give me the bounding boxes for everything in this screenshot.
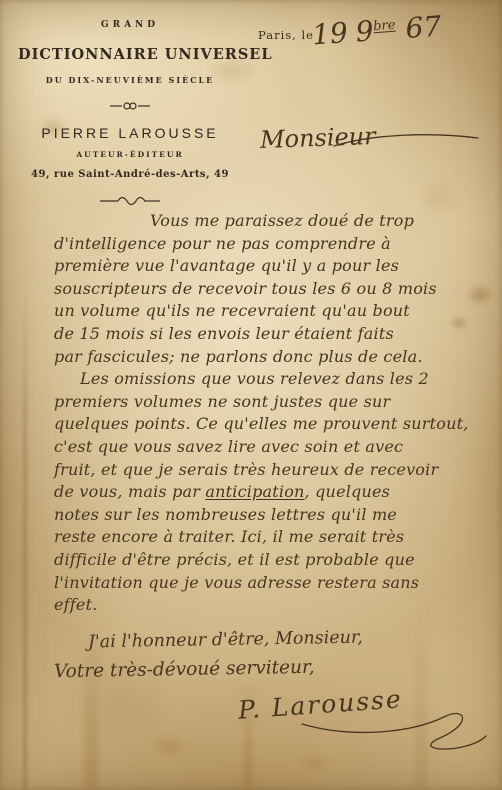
- body-line: effet.: [54, 594, 498, 617]
- paper-stain: [148, 733, 190, 759]
- paper-stain: [84, 636, 98, 790]
- body-line: de vous, mais par anticipation, quelques: [54, 481, 498, 504]
- body-line: Vous me paraissez doué de trop: [54, 210, 498, 233]
- date-day: 19: [311, 16, 349, 51]
- letterhead-address: 49, rue Saint-André-des-Arts, 49: [18, 169, 242, 180]
- closing-line: J'ai l'honneur d'être, Monsieur,: [88, 628, 363, 653]
- paper-stain: [56, 636, 176, 756]
- dateline-printed: Paris, le: [258, 28, 314, 42]
- body-line-segment: de vous, mais par: [54, 482, 205, 501]
- infinity-ornament-icon: [18, 96, 242, 115]
- body-line: reste encore à traiter. Ici, il me serai…: [54, 526, 498, 549]
- letter-body: Vous me paraissez doué de trop d'intelli…: [54, 210, 498, 617]
- letterhead: GRAND DICTIONNAIRE UNIVERSEL DU DIX-NEUV…: [18, 16, 242, 211]
- body-line: fruit, et que je serais très heureux de …: [54, 459, 498, 482]
- letterhead-role: AUTEUR-ÉDITEUR: [18, 150, 242, 159]
- paper-stain: [243, 676, 253, 790]
- fleuron-ornament-icon: [18, 192, 242, 211]
- body-line-segment: , quelques: [305, 482, 391, 501]
- letter-page: GRAND DICTIONNAIRE UNIVERSEL DU DIX-NEUV…: [0, 0, 502, 790]
- letterhead-grand: GRAND: [18, 20, 242, 30]
- body-line: difficile d'être précis, et il est proba…: [54, 549, 498, 572]
- body-line: l'invitation que je vous adresse restera…: [54, 572, 498, 595]
- body-line: par fascicules; ne parlons donc plus de …: [54, 346, 498, 369]
- body-line: d'intelligence pour ne pas comprendre à: [54, 233, 498, 256]
- paper-crease: [23, 290, 27, 790]
- body-line: première vue l'avantage qu'il y a pour l…: [54, 255, 498, 278]
- body-line: Les omissions que vous relevez dans les …: [54, 368, 498, 391]
- body-line: premiers volumes ne sont justes que sur: [54, 391, 498, 414]
- body-line: un volume qu'ils ne recevraient qu'au bo…: [54, 300, 498, 323]
- salutation-flourish: [332, 130, 480, 156]
- date-month-suffix: bre: [373, 18, 396, 35]
- dateline-handwritten: 199bre67: [311, 10, 442, 52]
- letterhead-title: DICTIONNAIRE UNIVERSEL: [18, 46, 242, 63]
- body-line: quelques points. Ce qu'elles me prouvent…: [54, 413, 498, 436]
- body-line: notes sur les nombreuses lettres qu'il m…: [54, 504, 498, 527]
- signature-flourish: [300, 710, 490, 774]
- body-line-segment-underlined: anticipation: [205, 482, 304, 501]
- body-line: de 15 mois si les envois leur étaient fa…: [54, 323, 498, 346]
- date-year: 67: [404, 10, 442, 45]
- letterhead-subtitle: DU DIX-NEUVIÈME SIÈCLE: [18, 75, 242, 85]
- closing-line: Votre très-dévoué serviteur,: [54, 657, 315, 683]
- body-line: souscripteurs de recevoir tous les 6 ou …: [54, 278, 498, 301]
- letterhead-publisher: PIERRE LAROUSSE: [18, 125, 242, 141]
- body-line: c'est que vous savez lire avec soin et a…: [54, 436, 498, 459]
